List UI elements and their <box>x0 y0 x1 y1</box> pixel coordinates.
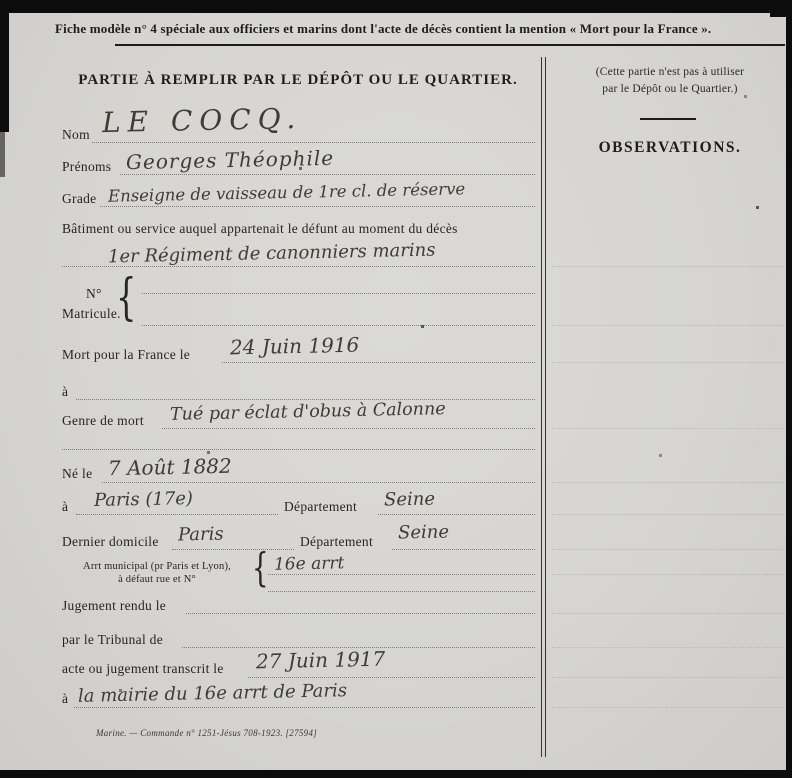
scan-edge-top-right <box>770 0 792 17</box>
field-transcrita-label: à <box>62 691 68 707</box>
field-domicile-line <box>172 549 294 550</box>
field-batiment-label: Bâtiment ou service auquel appartenait l… <box>62 221 458 237</box>
obs-faint-line <box>552 707 784 708</box>
field-arr-line1 <box>268 574 535 575</box>
field-mort-label: Mort pour la France le <box>62 347 190 363</box>
scan-edge-left <box>0 0 9 132</box>
field-arr-label: Arrt municipal (pr Paris et Lyon), à déf… <box>62 560 252 586</box>
observations-note: (Cette partie n'est pas à utiliser par l… <box>556 64 784 97</box>
field-nedep-line <box>378 514 535 515</box>
field-batiment-value: 1er Régiment de canonniers marins <box>108 240 436 268</box>
field-transcrita-value: la mairie du 16e arrt de Paris <box>78 680 347 707</box>
obs-faint-line <box>552 482 784 483</box>
field-domdep-line <box>392 549 535 550</box>
obs-faint-line <box>552 647 784 648</box>
field-matricule-line <box>142 325 535 326</box>
field-arr-value: 16e arrt <box>274 553 345 574</box>
obs-faint-line <box>552 613 784 614</box>
observations-note-line1: (Cette partie n'est pas à utiliser <box>596 66 744 78</box>
matricule-brace: { <box>116 272 136 322</box>
field-prenoms-line <box>120 174 535 175</box>
field-nea-line <box>76 514 278 515</box>
field-grade-label: Grade <box>62 191 96 207</box>
field-a-label: à <box>62 384 68 400</box>
scan-edge-right <box>786 0 792 778</box>
field-genre-line <box>162 428 535 429</box>
field-grade-line <box>100 206 535 207</box>
obs-faint-line <box>552 428 784 429</box>
field-nea-value: Paris (17e) <box>94 488 193 511</box>
obs-faint-line <box>552 677 784 678</box>
field-arr-line2 <box>268 591 535 592</box>
field-nedep-value: Seine <box>384 488 435 510</box>
field-mort-line <box>222 362 535 363</box>
field-domdep-label: Département <box>300 534 373 550</box>
field-transcrit-line <box>248 677 535 678</box>
obs-faint-line <box>552 514 784 515</box>
document-top-note: Fiche modèle n° 4 spéciale aux officiers… <box>55 21 787 37</box>
field-tribunal-label: par le Tribunal de <box>62 632 163 648</box>
field-a-line <box>76 399 535 400</box>
field-genre-label: Genre de mort <box>62 413 144 429</box>
scan-edge-top <box>0 0 792 13</box>
field-domicile-value: Paris <box>178 524 224 546</box>
obs-faint-line <box>552 362 784 363</box>
scanned-document: Fiche modèle n° 4 spéciale aux officiers… <box>0 0 792 778</box>
arr-brace: { <box>252 550 269 589</box>
scan-edge-bottom <box>0 770 792 778</box>
field-arr-label-line2: à défaut rue et N° <box>118 574 196 585</box>
field-genre-value: Tué par éclat d'obus à Calonne <box>170 399 446 425</box>
field-numero-line <box>142 293 535 294</box>
field-numero-label: N° <box>86 286 102 302</box>
scan-edge-left-fade <box>0 132 5 177</box>
observations-rule <box>640 118 696 120</box>
field-grade-value: Enseigne de vaisseau de 1re cl. de réser… <box>108 179 466 205</box>
field-transcrit-label: acte ou jugement transcrit le <box>62 661 224 677</box>
obs-faint-line <box>552 266 784 267</box>
field-nea-label: à <box>62 499 68 515</box>
blank-line <box>62 449 535 450</box>
field-nedep-label: Département <box>284 499 357 515</box>
column-divider-rule <box>541 57 546 757</box>
field-prenoms-label: Prénoms <box>62 159 111 175</box>
obs-faint-line <box>552 574 784 575</box>
field-matricule-label: Matricule. <box>62 306 121 322</box>
field-domdep-value: Seine <box>398 521 449 543</box>
section-title: PARTIE À REMPLIR PAR LE DÉPÔT OU LE QUAR… <box>58 72 538 89</box>
top-note-underline <box>115 44 785 46</box>
field-nom-line <box>92 142 535 143</box>
field-nele-value: 7 Août 1882 <box>108 454 232 481</box>
obs-faint-line <box>552 325 784 326</box>
printer-imprint: Marine. — Commande n° 1251-Jésus 708-192… <box>96 728 317 738</box>
field-nele-label: Né le <box>62 466 92 482</box>
field-nom-label: Nom <box>62 127 90 143</box>
field-transcrit-value: 27 Juin 1917 <box>256 647 386 674</box>
observations-note-line2: par le Dépôt ou le Quartier.) <box>602 83 737 95</box>
observations-title: OBSERVATIONS. <box>556 139 784 157</box>
field-nele-line <box>102 482 535 483</box>
form-paper: Fiche modèle n° 4 spéciale aux officiers… <box>0 0 792 778</box>
field-transcrita-line <box>74 707 535 708</box>
field-nom-value: LE COCQ. <box>102 102 303 139</box>
field-jugement-label: Jugement rendu le <box>62 598 166 614</box>
field-arr-label-line1: Arrt municipal (pr Paris et Lyon), <box>83 561 231 572</box>
field-mort-value: 24 Juin 1916 <box>230 333 360 360</box>
field-prenoms-value: Georges Théophile <box>126 146 335 174</box>
obs-faint-line <box>552 549 784 550</box>
field-domicile-label: Dernier domicile <box>62 534 159 550</box>
field-jugement-line <box>186 613 535 614</box>
